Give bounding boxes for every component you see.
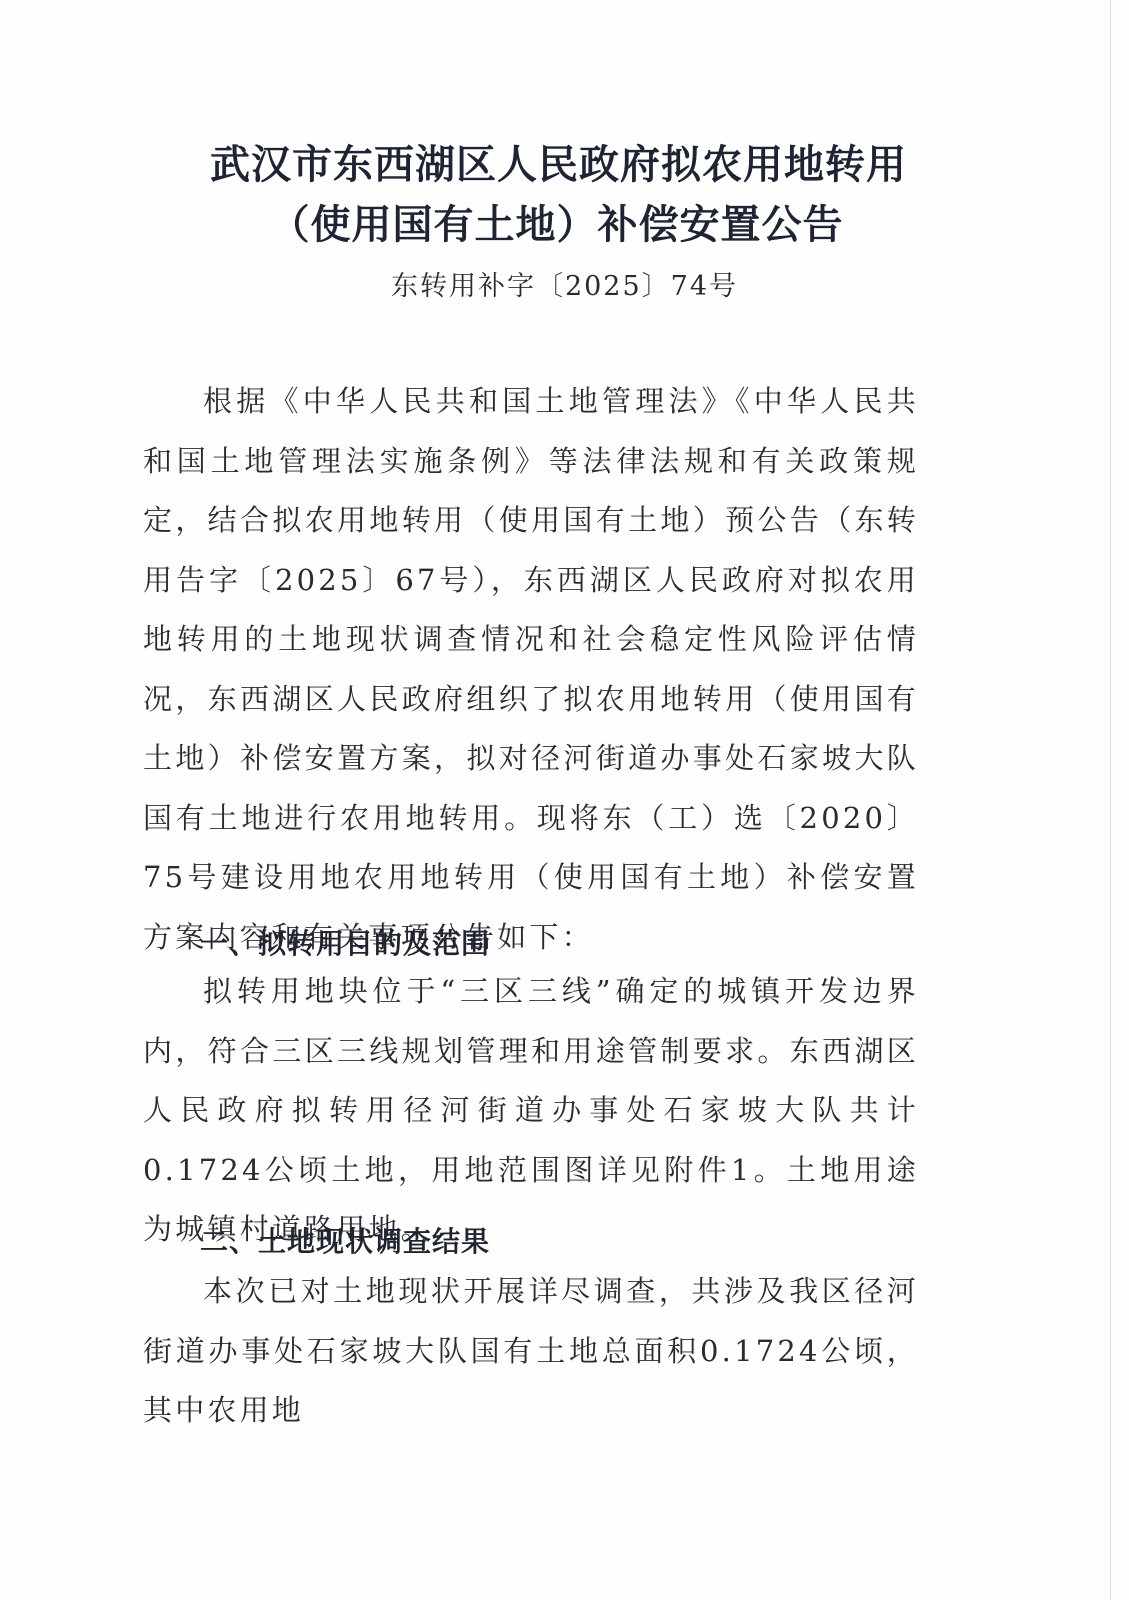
document-title-line-1: 武汉市东西湖区人民政府拟农用地转用 (0, 133, 1123, 190)
section-heading-purpose-scope: 一、拟转用目的及范围 (200, 922, 490, 962)
section-heading-survey-results: 二、土地现状调查结果 (200, 1220, 490, 1260)
purpose-scope-paragraph: 拟转用地块位于“三区三线”确定的城镇开发边界内，符合三区三线规划管理和用途管制要… (143, 962, 919, 1260)
document-page: 武汉市东西湖区人民政府拟农用地转用 （使用国有土地）补偿安置公告 东转用补字〔2… (0, 0, 1129, 1600)
intro-paragraph: 根据《中华人民共和国土地管理法》《中华人民共和国土地管理法实施条例》等法律法规和… (143, 372, 919, 967)
document-number: 东转用补字〔2025〕74号 (0, 264, 1129, 303)
document-title-line-2: （使用国有土地）补偿安置公告 (0, 193, 1121, 250)
survey-results-paragraph: 本次已对土地现状开展详尽调查，共涉及我区径河街道办事处石家坡大队国有土地总面积0… (143, 1262, 919, 1441)
